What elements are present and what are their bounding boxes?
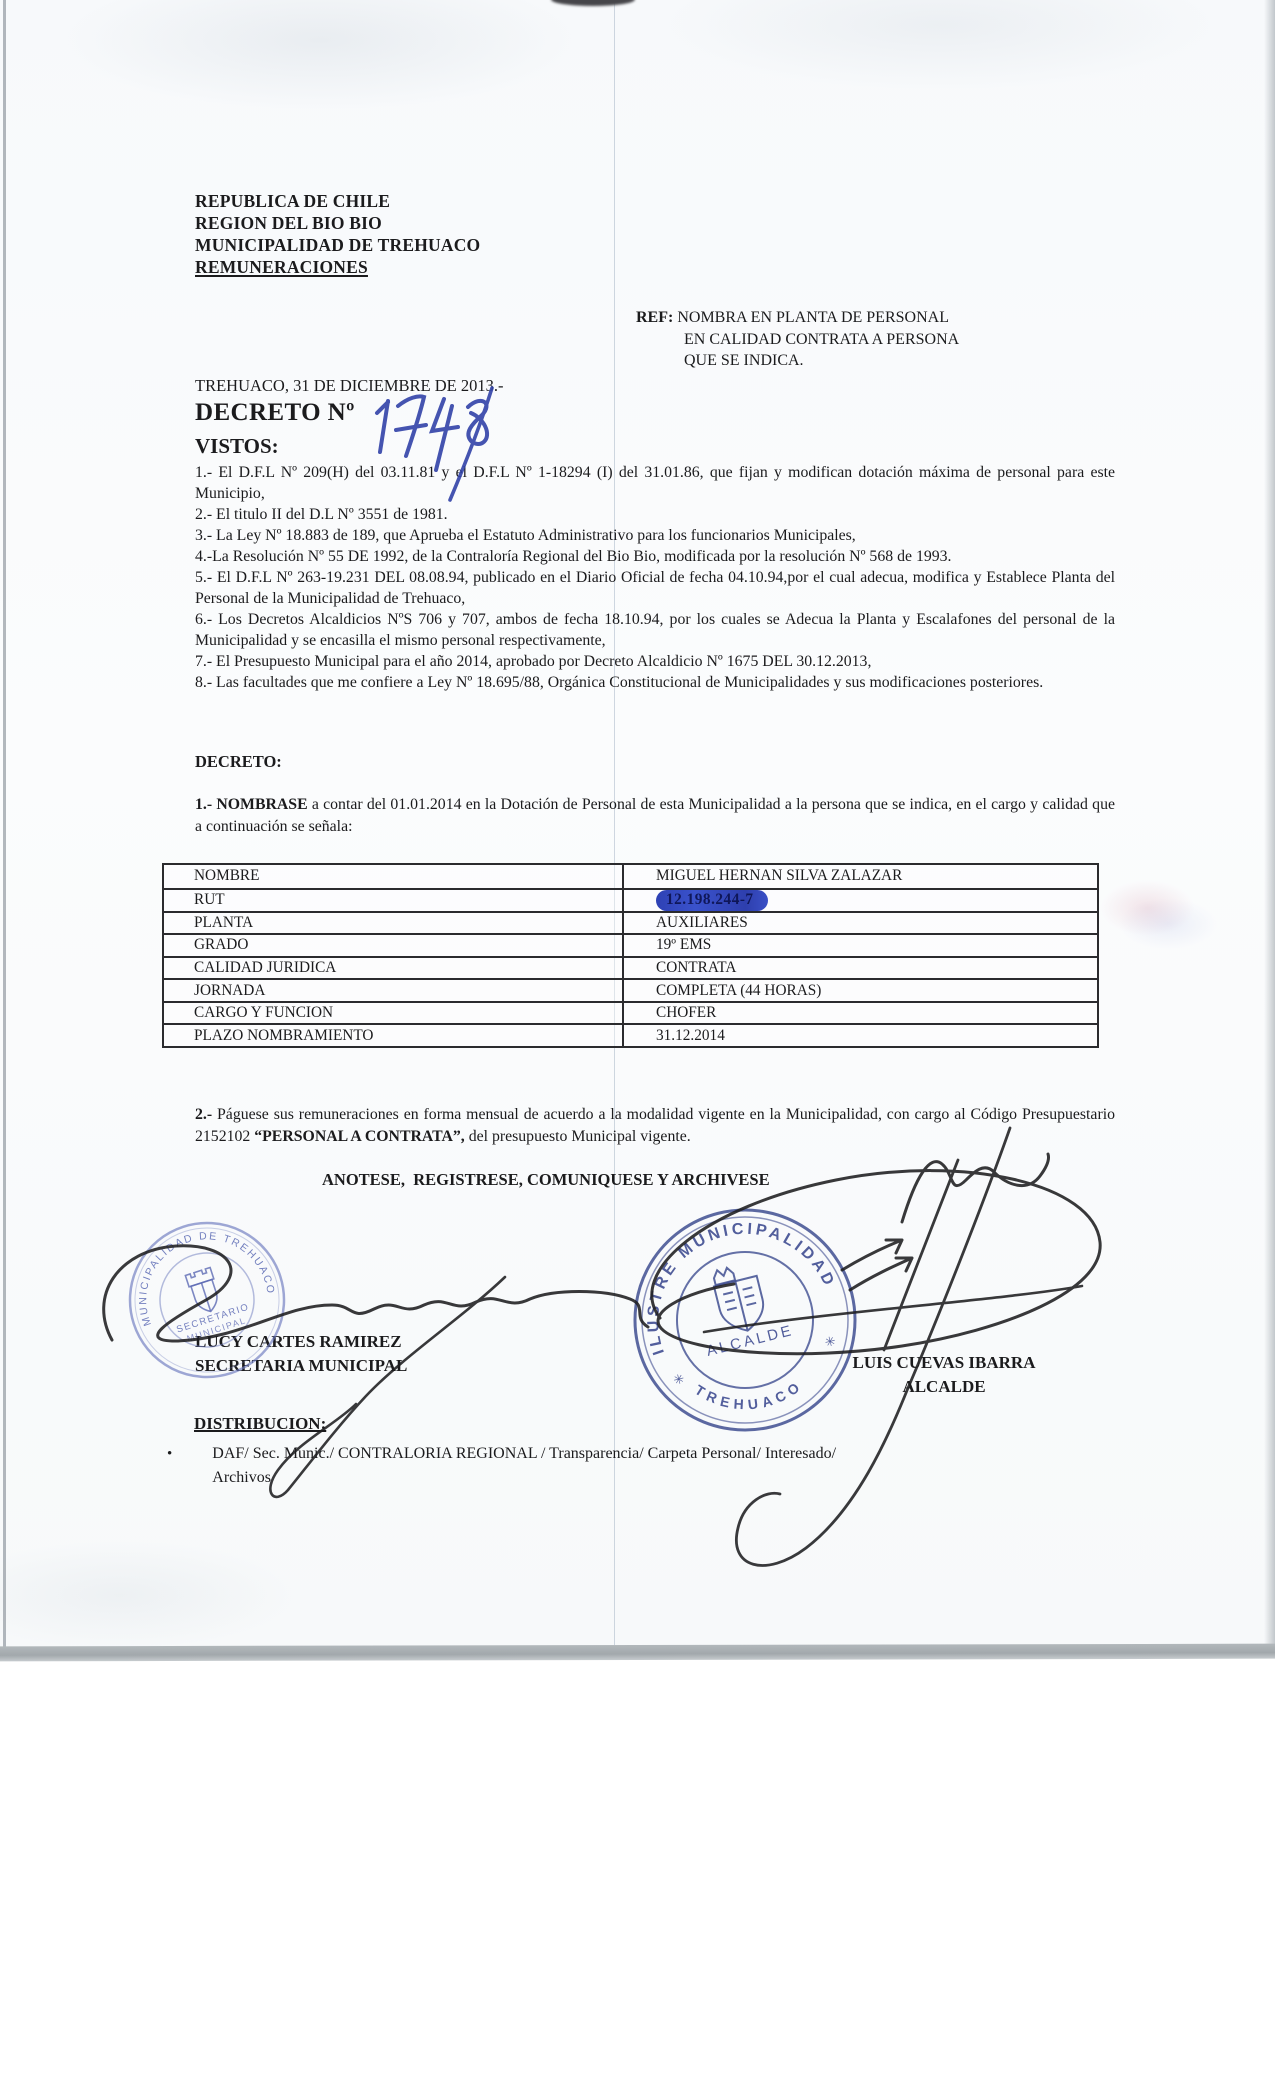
rut-redaction-marker: 12.198.244-7	[656, 890, 768, 911]
letterhead-line-region: REGION DEL BIO BIO	[195, 212, 480, 234]
clause-2-paguese: 2.- Páguese sus remuneraciones en forma …	[195, 1104, 1115, 1148]
place-date-line: TREHUACO, 31 DE DICIEMBRE DE 2013.-	[195, 376, 503, 396]
table-label: GRADO	[164, 935, 624, 956]
vistos-item: 6.- Los Decretos Alcaldicios NºS 706 y 7…	[195, 609, 1115, 651]
secretaria-name: LUCY CARTES RAMIREZ	[195, 1330, 407, 1354]
distribution-item: • DAF/ Sec. Munic./ CONTRALORIA REGIONAL…	[167, 1442, 836, 1490]
ref-line-1: REF: NOMBRA EN PLANTA DE PERSONAL	[636, 307, 959, 329]
table-row: GRADO 19º EMS	[164, 933, 1097, 956]
table-value: CONTRATA	[624, 958, 1097, 979]
distribution-line-2: Archivos	[212, 1466, 836, 1490]
vistos-item: 2.- El titulo II del D.L Nº 3551 de 1981…	[195, 504, 1115, 525]
table-row: CARGO Y FUNCION CHOFER	[164, 1001, 1097, 1024]
table-row: PLAZO NOMBRAMIENTO 31.12.2014	[164, 1023, 1097, 1046]
table-label: JORNADA	[164, 980, 624, 1001]
bullet-icon: •	[167, 1442, 172, 1490]
vistos-item: 3.- La Ley Nº 18.883 de 189, que Aprueba…	[195, 525, 1115, 546]
signature-block-alcalde: LUIS CUEVAS IBARRA ALCALDE	[826, 1351, 1062, 1399]
table-label: RUT	[164, 890, 624, 911]
table-row: NOMBRE MIGUEL HERNAN SILVA ZALAZAR	[164, 865, 1097, 888]
letterhead-line-municipality: MUNICIPALIDAD DE TREHUACO	[195, 234, 480, 256]
distribution-text: DAF/ Sec. Munic./ CONTRALORIA REGIONAL /…	[212, 1442, 836, 1490]
table-row: PLANTA AUXILIARES	[164, 911, 1097, 934]
decreto-heading: DECRETO:	[195, 752, 282, 772]
appointment-table: NOMBRE MIGUEL HERNAN SILVA ZALAZAR RUT 1…	[162, 863, 1099, 1048]
table-row: RUT 12.198.244-7	[164, 888, 1097, 911]
secretaria-title: SECRETARIA MUNICIPAL	[195, 1354, 407, 1378]
vistos-heading: VISTOS:	[195, 434, 279, 459]
table-label: PLANTA	[164, 913, 624, 934]
ref-text-1: NOMBRA EN PLANTA DE PERSONAL	[677, 309, 949, 326]
vistos-item: 1.- El D.F.L Nº 209(H) del 03.11.81 y el…	[195, 462, 1115, 504]
blue-ink-smudge	[1118, 898, 1218, 950]
clause-2-text-b: del presupuesto Municipal vigente.	[465, 1128, 691, 1145]
table-value: MIGUEL HERNAN SILVA ZALAZAR	[624, 865, 1097, 888]
table-label: NOMBRE	[164, 865, 624, 888]
table-row: CALIDAD JURIDICA CONTRATA	[164, 956, 1097, 979]
signature-block-secretaria: LUCY CARTES RAMIREZ SECRETARIA MUNICIPAL	[195, 1330, 407, 1378]
paper-left-edge	[3, 0, 6, 1650]
vistos-item: 7.- El Presupuesto Municipal para el año…	[195, 651, 1115, 672]
ref-block: REF: NOMBRA EN PLANTA DE PERSONAL EN CAL…	[636, 307, 959, 372]
ref-text-3: QUE SE INDICA.	[636, 350, 959, 372]
table-value-redacted: 12.198.244-7	[624, 890, 1097, 911]
clause-1-bold: 1.- NOMBRASE	[195, 796, 308, 813]
closing-formula: ANOTESE, REGISTRESE, COMUNIQUESE Y ARCHI…	[322, 1170, 770, 1190]
table-value: AUXILIARES	[624, 913, 1097, 934]
alcalde-name: LUIS CUEVAS IBARRA	[826, 1351, 1062, 1375]
table-label: CALIDAD JURIDICA	[164, 958, 624, 979]
distribution-line-1: DAF/ Sec. Munic./ CONTRALORIA REGIONAL /…	[212, 1442, 836, 1466]
table-value: CHOFER	[624, 1003, 1097, 1024]
paper-right-edge	[1264, 0, 1275, 1653]
table-label: PLAZO NOMBRAMIENTO	[164, 1025, 624, 1046]
clause-2-number: 2.-	[195, 1106, 212, 1123]
vistos-item: 4.-La Resolución Nº 55 DE 1992, de la Co…	[195, 546, 1115, 567]
vistos-list: 1.- El D.F.L Nº 209(H) del 03.11.81 y el…	[195, 462, 1115, 693]
alcalde-title: ALCALDE	[826, 1375, 1062, 1399]
table-row: JORNADA COMPLETA (44 HORAS)	[164, 978, 1097, 1001]
table-label: CARGO Y FUNCION	[164, 1003, 624, 1024]
distribution-heading: DISTRIBUCION:	[194, 1414, 836, 1434]
table-value: 31.12.2014	[624, 1025, 1097, 1046]
table-value: COMPLETA (44 HORAS)	[624, 980, 1097, 1001]
vistos-item: 8.- Las facultades que me confiere a Ley…	[195, 672, 1115, 693]
distribution-section: DISTRIBUCION: • DAF/ Sec. Munic./ CONTRA…	[194, 1414, 836, 1490]
decree-title: DECRETO Nº	[195, 399, 355, 427]
clause-1-nombrase: 1.- NOMBRASE a contar del 01.01.2014 en …	[195, 794, 1115, 838]
clause-2-bold-account: “PERSONAL A CONTRATA”,	[254, 1128, 465, 1145]
ref-text-2: EN CALIDAD CONTRATA A PERSONA	[636, 329, 959, 351]
vistos-item: 5.- El D.F.L Nº 263-19.231 DEL 08.08.94,…	[195, 567, 1115, 609]
table-value: 19º EMS	[624, 935, 1097, 956]
letterhead-line-country: REPUBLICA DE CHILE	[195, 190, 480, 212]
ref-label: REF:	[636, 309, 673, 326]
paper-bottom-edge-shadow	[0, 1644, 1275, 1662]
letterhead: REPUBLICA DE CHILE REGION DEL BIO BIO MU…	[195, 190, 480, 278]
clause-1-text: a contar del 01.01.2014 en la Dotación d…	[195, 796, 1115, 835]
letterhead-line-department: REMUNERACIONES	[195, 256, 480, 278]
